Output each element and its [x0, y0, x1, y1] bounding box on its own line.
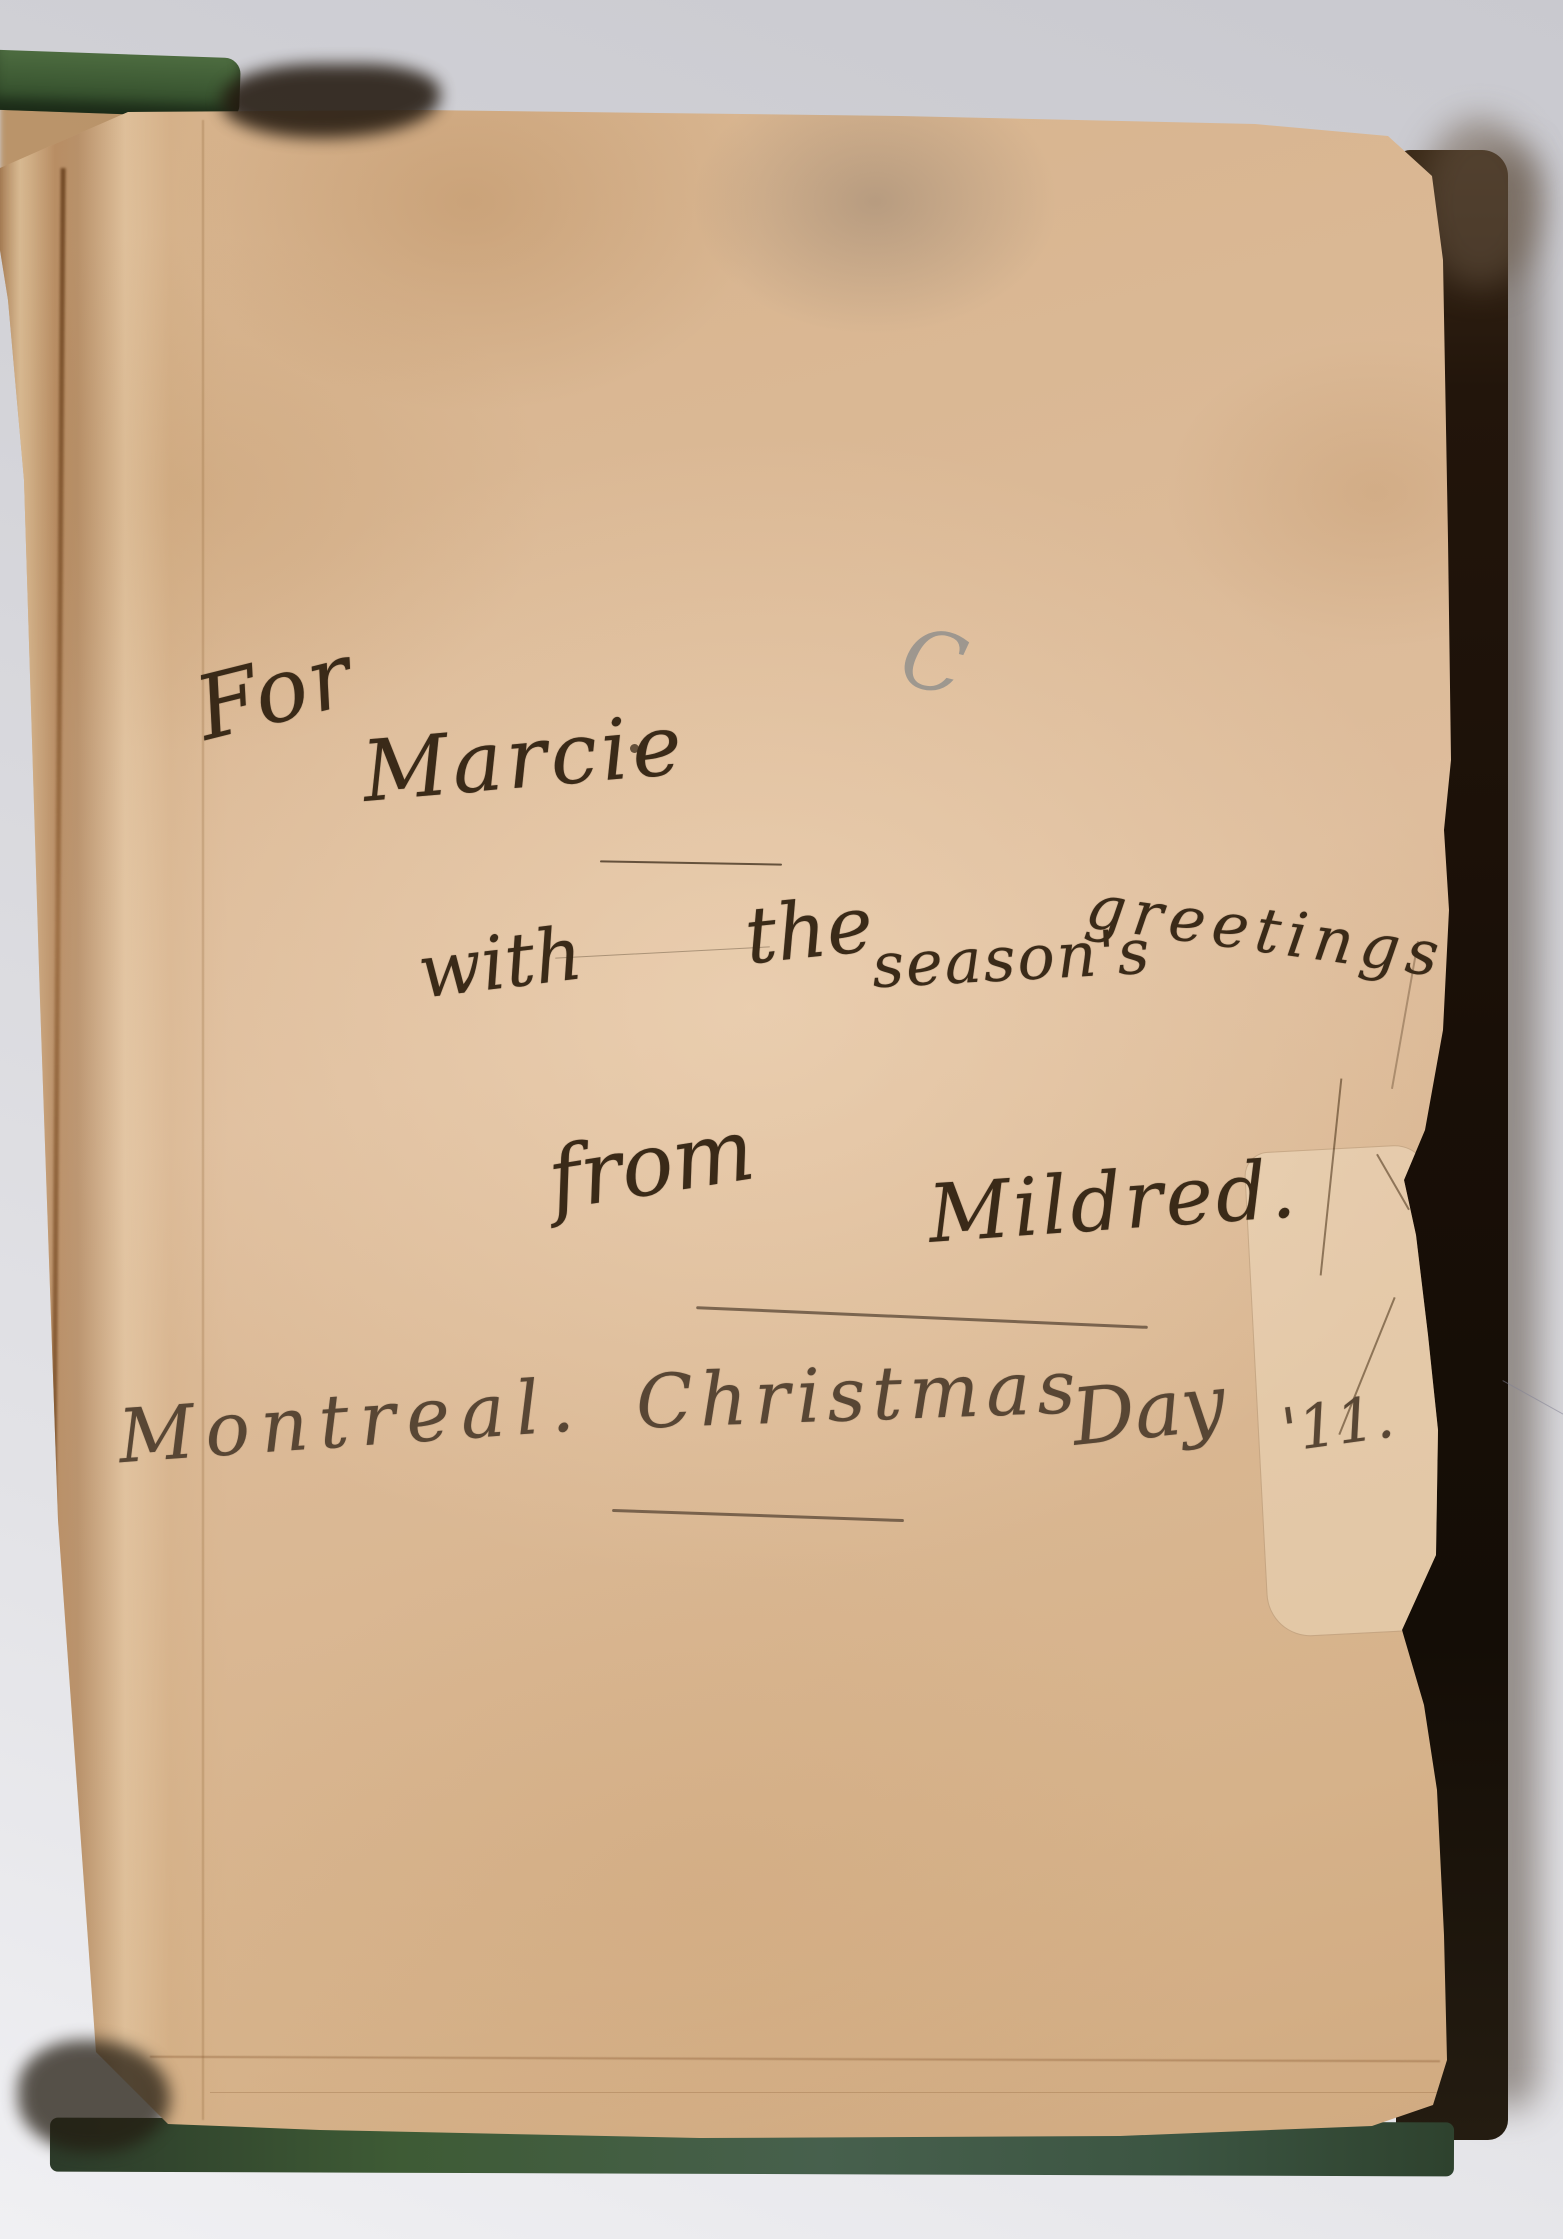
inscription-word-with: with [414, 916, 586, 1009]
ink-underline-sender [696, 1306, 1148, 1329]
gutter-fold-line [202, 120, 204, 2120]
ink-flourish-bottom [612, 1509, 904, 1522]
green-spine-tip [0, 50, 241, 119]
inscription-word-sender: Mildred. [926, 1149, 1301, 1255]
inscription-word-the: the [741, 886, 876, 977]
pencil-mark-c: C [893, 616, 974, 711]
inscription-word-day: Day [1068, 1364, 1228, 1458]
inscription-word-christmas: Christmas [635, 1350, 1084, 1440]
ink-drag-line [555, 946, 770, 958]
bottom-crease-line-2 [210, 2092, 1440, 2093]
corner-blotch-bottom-left [18, 2040, 170, 2152]
gutter-shading [0, 108, 230, 2138]
bottom-crease-line [150, 2056, 1440, 2063]
inscription-word-from: from [543, 1106, 760, 1223]
ink-dot-after-recipient [630, 744, 639, 753]
ink-flourish-after-recipient [600, 860, 782, 865]
inscription-word-recipient: Marcie [359, 702, 689, 814]
book-endpaper-page: C For Marcie with the season's greetings… [0, 0, 1563, 2239]
photo-backdrop: C For Marcie with the season's greetings… [0, 0, 1563, 2239]
inscription-word-year: '11. [1278, 1387, 1397, 1462]
